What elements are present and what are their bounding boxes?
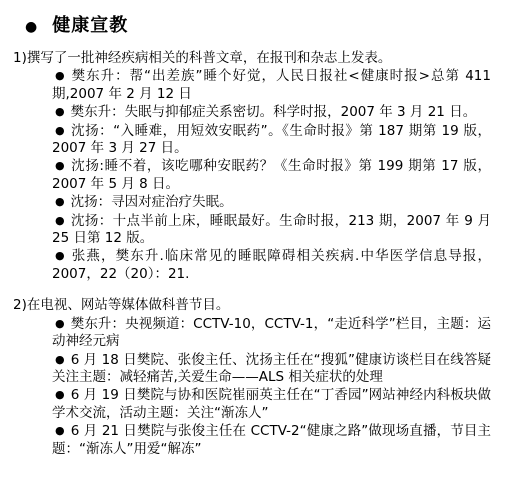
bullet-icon: ●	[55, 214, 65, 227]
section-number: 2)	[0, 297, 27, 314]
list-item-text: 沈扬:睡不着，该吃哪种安眠药？《生命时报》第 199 期第 17 版，2007 …	[52, 158, 491, 191]
section-2-heading-row: 2) 在电视、网站等媒体做科普节目。	[0, 297, 491, 314]
bullet-icon: ●	[55, 424, 65, 437]
document-body: 1) 撰写了一批神经疾病相关的科普文章，在报刊和杂志上发表。 ●樊东升：帮“出差…	[0, 50, 512, 458]
bullet-icon: ●	[55, 69, 66, 82]
list-item: ●樊东升：失眠与抑郁症关系密切。科学时报，2007 年 3 月 21 日。	[0, 103, 491, 121]
list-item: ●樊东升：帮“出差族”睡个好觉，人民日报社<健康时报>总第 411 期,2007…	[0, 67, 491, 103]
bullet-icon: ●	[55, 159, 65, 172]
bullet-icon: ●	[55, 388, 65, 401]
list-item-text: 樊东升：央视频道：CCTV-10，CCTV-1，“走近科学”栏目，主题：运动神经…	[52, 316, 491, 349]
list-item: ●沈扬：十点半前上床，睡眠最好。生命时报，213 期，2007 年 9 月 25…	[0, 212, 491, 248]
list-item: ●6 月 19 日樊院与协和医院崔丽英主任在“丁香园”网站神经内科板块做学术交流…	[0, 386, 491, 422]
list-item: ●6 月 18 日樊院、张俊主任、沈扬主任在“搜狐”健康访谈栏目在线答疑关注主题…	[0, 351, 491, 387]
list-item-text: 6 月 19 日樊院与协和医院崔丽英主任在“丁香园”网站神经内科板块做学术交流，…	[52, 387, 491, 420]
list-item: ●沈扬:睡不着，该吃哪种安眠药？《生命时报》第 199 期第 17 版，2007…	[0, 157, 491, 193]
list-item-text: 樊东升：帮“出差族”睡个好觉，人民日报社<健康时报>总第 411 期,2007 …	[52, 68, 491, 101]
bullet-icon: ●	[55, 249, 66, 262]
list-item-text: 沈扬：寻因对症治疗失眠。	[71, 194, 233, 210]
bullet-icon: ●	[55, 195, 65, 208]
list-item: ●6 月 21 日樊院与张俊主任在 CCTV-2“健康之路”做现场直播，节目主题…	[0, 422, 491, 458]
list-item: ●张燕，樊东升.临床常见的睡眠障碍相关疾病.中华医学信息导报，2007，22（2…	[0, 247, 491, 283]
list-item-text: 6 月 18 日樊院、张俊主任、沈扬主任在“搜狐”健康访谈栏目在线答疑关注主题：…	[52, 352, 491, 385]
section-number: 1)	[0, 50, 27, 67]
bullet-icon: ●	[55, 124, 65, 137]
list-item-text: 樊东升：失眠与抑郁症关系密切。科学时报，2007 年 3 月 21 日。	[71, 104, 477, 120]
section-heading: 在电视、网站等媒体做科普节目。	[27, 297, 491, 314]
list-item-text: 沈扬：“入睡难，用短效安眠药”。《生命时报》第 187 期第 19 版，2007…	[52, 123, 491, 156]
section-2: 2) 在电视、网站等媒体做科普节目。 ●樊东升：央视频道：CCTV-10，CCT…	[0, 297, 512, 458]
page-title: 健康宣教	[52, 15, 128, 37]
section-heading: 撰写了一批神经疾病相关的科普文章，在报刊和杂志上发表。	[27, 50, 491, 67]
section-1: 1) 撰写了一批神经疾病相关的科普文章，在报刊和杂志上发表。 ●樊东升：帮“出差…	[0, 50, 512, 283]
list-item-text: 6 月 21 日樊院与张俊主任在 CCTV-2“健康之路”做现场直播，节目主题：…	[52, 423, 491, 456]
section-1-heading-row: 1) 撰写了一批神经疾病相关的科普文章，在报刊和杂志上发表。	[0, 50, 491, 67]
list-item: ●沈扬：寻因对症治疗失眠。	[0, 193, 491, 211]
document-page: ● 健康宣教 1) 撰写了一批神经疾病相关的科普文章，在报刊和杂志上发表。 ●樊…	[0, 0, 512, 492]
list-item: ●樊东升：央视频道：CCTV-10，CCTV-1，“走近科学”栏目，主题：运动神…	[0, 315, 491, 351]
document-title-row: ● 健康宣教	[0, 0, 512, 37]
list-item: ●沈扬：“入睡难，用短效安眠药”。《生命时报》第 187 期第 19 版，200…	[0, 122, 491, 158]
title-bullet-icon: ●	[25, 20, 37, 34]
bullet-icon: ●	[55, 317, 65, 330]
bullet-icon: ●	[55, 105, 65, 118]
bullet-icon: ●	[55, 353, 65, 366]
list-item-text: 沈扬：十点半前上床，睡眠最好。生命时报，213 期，2007 年 9 月 25 …	[52, 213, 491, 246]
list-item-text: 张燕，樊东升.临床常见的睡眠障碍相关疾病.中华医学信息导报，2007，22（20…	[52, 248, 491, 281]
